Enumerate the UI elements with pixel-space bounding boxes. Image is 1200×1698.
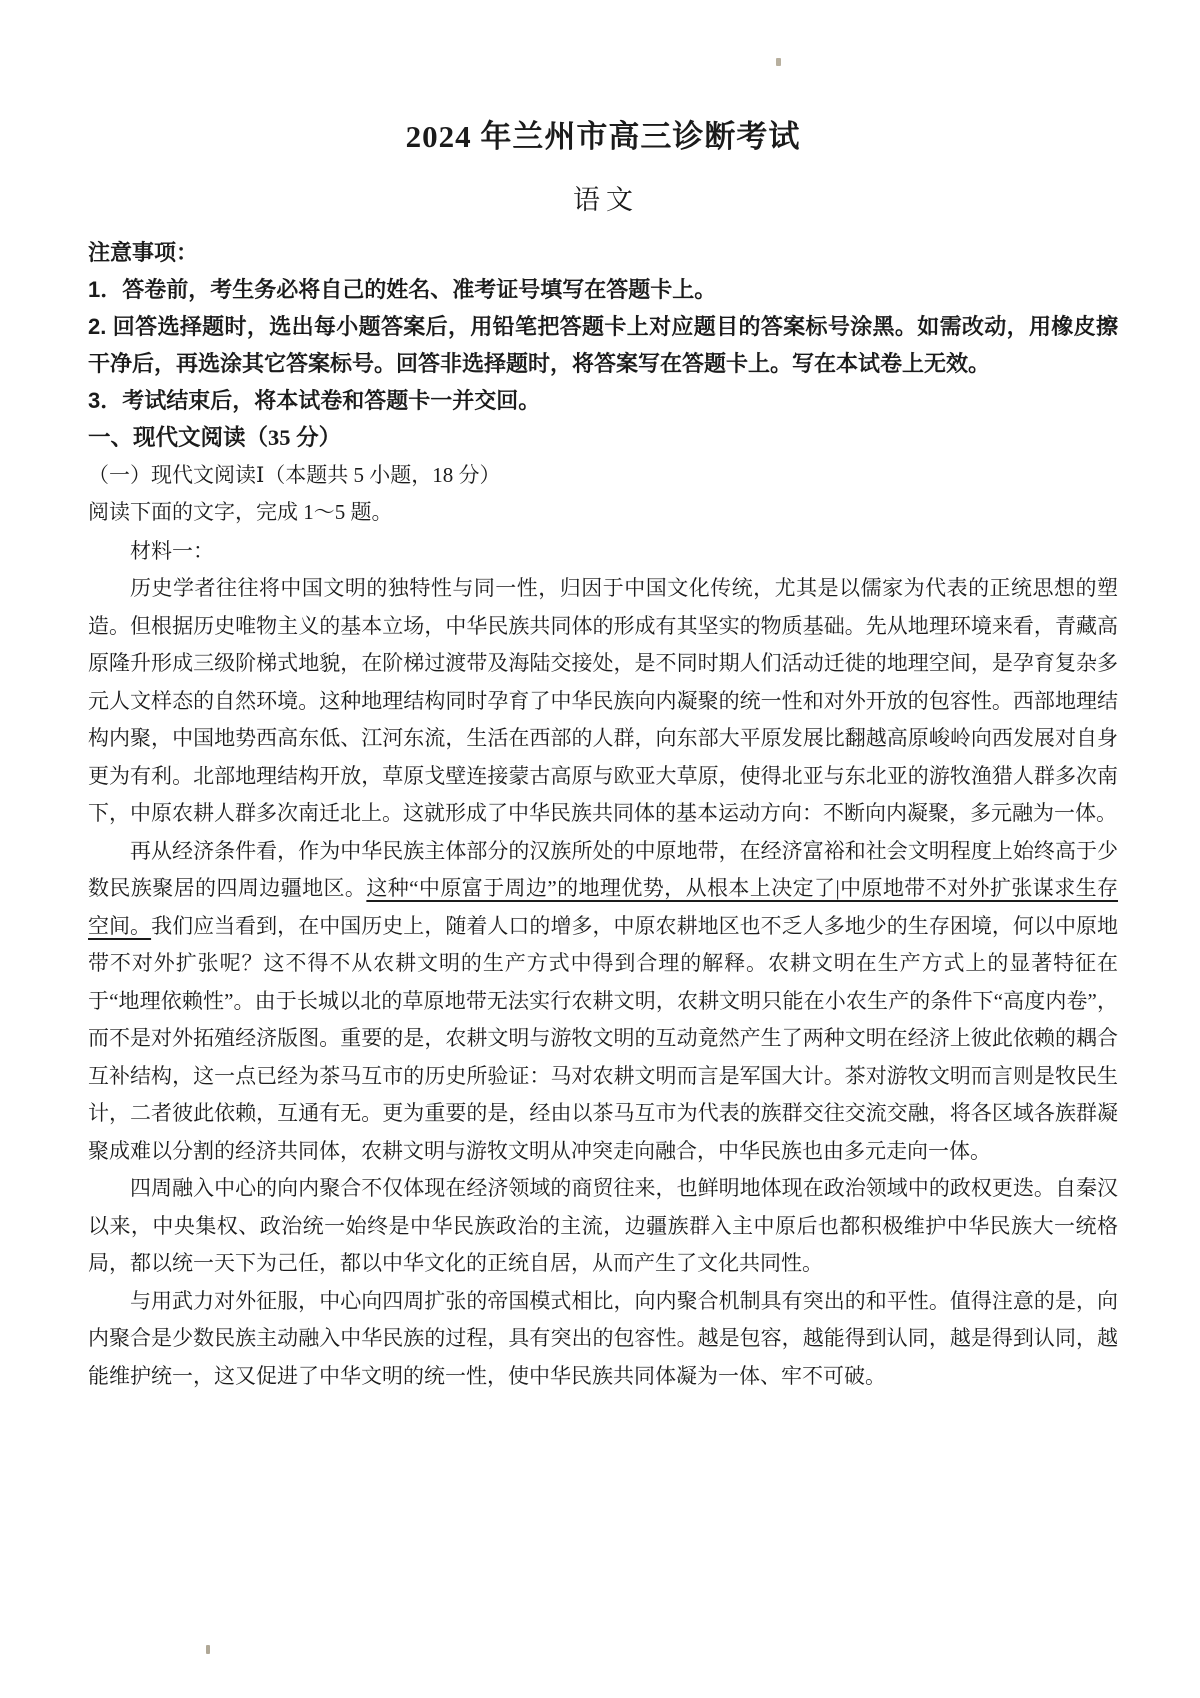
material-paragraph: 历史学者往往将中国文明的独特性与同一性，归因于中国文化传统，尤其是以儒家为代表的…: [88, 570, 1118, 833]
reading-instruction: 阅读下面的文字，完成 1～5 题。: [88, 494, 1118, 531]
notice-item-3: 3．考试结束后，将本试卷和答题卡一并交回。: [88, 382, 1118, 419]
doc-title: 2024 年兰州市高三诊断考试: [88, 116, 1118, 158]
notice-item-1: 1．答卷前，考生务必将自己的姓名、准考证号填写在答题卡上。: [88, 271, 1118, 308]
material-paragraphs: 历史学者往往将中国文明的独特性与同一性，归因于中国文化传统，尤其是以儒家为代表的…: [88, 570, 1118, 1395]
material-paragraph: 四周融入中心的向内聚合不仅体现在经济领域的商贸往来，也鲜明地体现在政治领域中的政…: [88, 1170, 1118, 1283]
material-paragraph: 与用武力对外征服，中心向四周扩张的帝国模式相比，向内聚合机制具有突出的和平性。值…: [88, 1283, 1118, 1396]
section-subheading: （一）现代文阅读Ⅰ（本题共 5 小题，18 分）: [88, 457, 1118, 494]
scan-artifact-dot: [776, 58, 781, 66]
material-label: 材料一：: [88, 533, 1118, 570]
notice-heading: 注意事项：: [88, 234, 1118, 271]
scan-artifact-dot: [206, 1645, 210, 1654]
doc-subject: 语文: [88, 180, 1118, 220]
exam-page: 2024 年兰州市高三诊断考试 语文 注意事项： 1．答卷前，考生务必将自己的姓…: [0, 0, 1200, 1698]
material-paragraph: 再从经济条件看，作为中华民族主体部分的汉族所处的中原地带，在经济富裕和社会文明程…: [88, 833, 1118, 1171]
notice-item-2: 2. 回答选择题时，选出每小题答案后，用铅笔把答题卡上对应题目的答案标号涂黑。如…: [88, 308, 1118, 382]
section-heading: 一、现代文阅读（35 分）: [88, 419, 1118, 457]
